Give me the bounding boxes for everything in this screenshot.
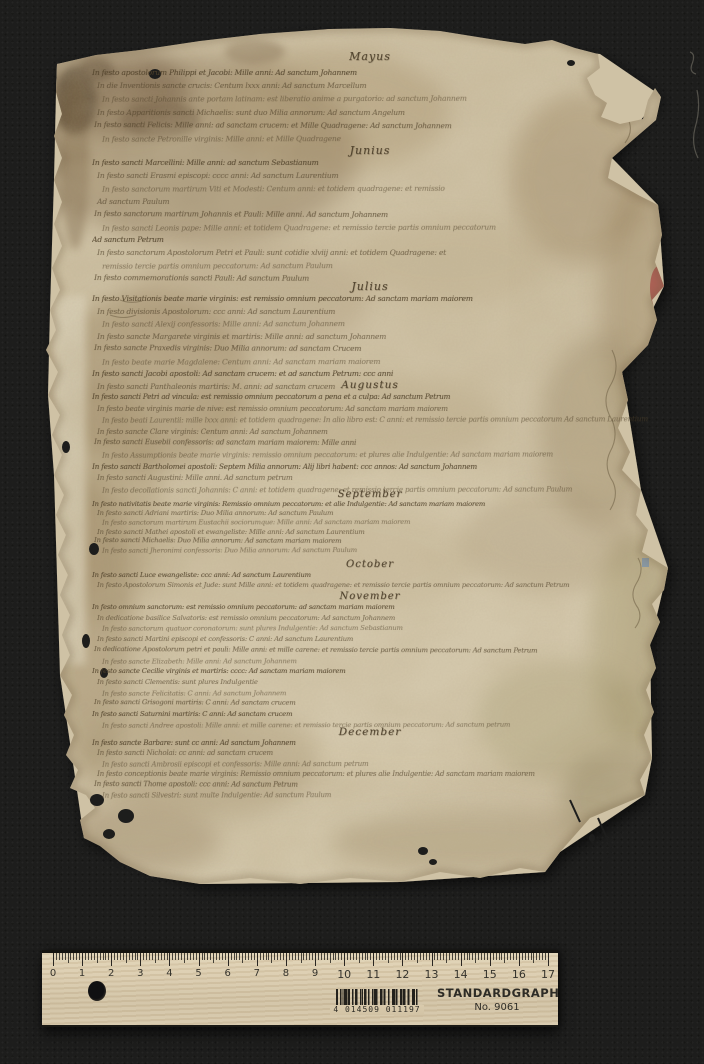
ruler-tick — [504, 953, 505, 963]
ruler-tick — [420, 953, 421, 960]
ruler-tick — [283, 953, 284, 960]
ruler-tick — [365, 953, 366, 960]
ruler-tick — [382, 953, 383, 960]
ruler-tick — [123, 953, 124, 960]
ruler-tick — [120, 953, 121, 960]
ruler-tick — [274, 953, 275, 960]
ruler-number: 5 — [195, 968, 201, 979]
ruler-tick — [129, 953, 130, 960]
ruler-tick — [292, 953, 293, 960]
ruler-tick — [335, 953, 336, 960]
ruler-tick — [82, 953, 83, 966]
ruler-number: 14 — [454, 968, 468, 981]
ruler-tick — [341, 953, 342, 960]
ruler-tick — [394, 953, 395, 960]
ruler-tick — [391, 953, 392, 960]
ruler-tick — [135, 953, 136, 960]
ruler-tick — [277, 953, 278, 960]
parchment-graphic — [0, 0, 704, 1064]
ruler-tick — [400, 953, 401, 960]
ruler-tick — [175, 953, 176, 960]
ruler-tick — [379, 953, 380, 960]
ruler-tick — [324, 953, 325, 960]
ruler-tick — [193, 953, 194, 960]
ruler-tick — [417, 953, 418, 963]
ruler-tick — [132, 953, 133, 960]
ruler-tick — [85, 953, 86, 960]
ruler-tick — [103, 953, 104, 960]
ruler-number: 3 — [137, 968, 143, 979]
ruler-tick — [522, 953, 523, 960]
ruler-tick — [452, 953, 453, 960]
ruler-tick — [347, 953, 348, 960]
ruler-tick — [426, 953, 427, 960]
ruler-tick — [338, 953, 339, 960]
ruler-tick — [533, 953, 534, 963]
ruler-tick — [478, 953, 479, 960]
ruler-tick — [356, 953, 357, 960]
ruler-tick — [213, 953, 214, 963]
ruler-tick — [437, 953, 438, 960]
ruler-tick — [298, 953, 299, 960]
ruler-tick — [239, 953, 240, 960]
ruler-tick — [472, 953, 473, 960]
blue-pigment-speck-2 — [631, 806, 637, 813]
ruler-tick — [501, 953, 502, 960]
ruler-tick — [510, 953, 511, 960]
ruler-tick — [245, 953, 246, 960]
ruler-tick — [513, 953, 514, 960]
ruler-tick — [455, 953, 456, 960]
ruler-tick — [146, 953, 147, 960]
ruler-tick — [411, 953, 412, 960]
stray-marks — [690, 52, 699, 158]
ruler-tick — [516, 953, 517, 960]
ruler-tick — [155, 953, 156, 963]
ruler-tick — [172, 953, 173, 960]
ruler-tick — [408, 953, 409, 960]
ruler-tick — [327, 953, 328, 960]
ruler-tick — [432, 953, 433, 966]
ruler-tick — [493, 953, 494, 960]
ruler-tick — [108, 953, 109, 960]
ruler-tick — [446, 953, 447, 963]
ruler-tick — [469, 953, 470, 960]
ruler-tick — [286, 953, 287, 966]
ruler-tick — [114, 953, 115, 960]
ruler-tick — [199, 953, 200, 966]
ruler-tick — [440, 953, 441, 960]
ruler-tick — [62, 953, 63, 960]
ruler-tick — [140, 953, 141, 966]
ruler-tick — [388, 953, 389, 963]
ruler-tick — [126, 953, 127, 963]
ruler-tick — [76, 953, 77, 960]
ruler-tick — [196, 953, 197, 960]
ruler-tick — [507, 953, 508, 960]
ruler-number: 0 — [50, 968, 56, 979]
ruler-tick — [461, 953, 462, 966]
ruler-number: 11 — [366, 968, 380, 981]
ruler-tick — [228, 953, 229, 966]
ruler-tick — [373, 953, 374, 966]
ruler-tick — [467, 953, 468, 960]
page-surface — [40, 20, 690, 900]
ruler-tick — [70, 953, 71, 960]
ruler-tick — [56, 953, 57, 960]
ruler-number: 16 — [512, 968, 526, 981]
ruler-tick — [397, 953, 398, 960]
ruler-number: 1 — [79, 968, 85, 979]
manuscript-photo: MayusIn festo apostolorum Philippi et Ja… — [0, 0, 704, 1064]
ruler-number: 8 — [283, 968, 289, 979]
ruler-tick — [59, 953, 60, 960]
ruler-tick — [225, 953, 226, 960]
ruler-tick — [306, 953, 307, 960]
ruler-tick — [222, 953, 223, 960]
ruler-tick — [207, 953, 208, 960]
ruler-tick — [231, 953, 232, 960]
ruler-tick — [266, 953, 267, 960]
ruler-tick — [65, 953, 66, 960]
ruler-tick — [248, 953, 249, 960]
ruler-tick — [539, 953, 540, 960]
barcode-digits: 4 014509 011197 — [330, 1005, 424, 1015]
ruler-tick — [315, 953, 316, 966]
ruler-tick — [100, 953, 101, 960]
ruler-tick — [434, 953, 435, 960]
ruler-number: 6 — [225, 968, 231, 979]
ruler-tick — [443, 953, 444, 960]
ruler-tick — [385, 953, 386, 960]
ruler-tick — [184, 953, 185, 963]
ruler-tick — [367, 953, 368, 960]
ruler-tick — [350, 953, 351, 960]
ruler-tick — [251, 953, 252, 960]
ruler-tick — [242, 953, 243, 963]
ruler-tick — [68, 953, 69, 963]
ruler-tick — [117, 953, 118, 960]
ruler-tick — [312, 953, 313, 960]
ruler-tick — [344, 953, 345, 966]
ruler-tick — [167, 953, 168, 960]
ruler-number: 12 — [395, 968, 409, 981]
ruler-tick — [303, 953, 304, 960]
ruler-tick — [202, 953, 203, 960]
ruler-tick — [481, 953, 482, 960]
ruler-tick — [475, 953, 476, 963]
ruler-number: 4 — [166, 968, 172, 979]
ruler-tick — [137, 953, 138, 960]
ruler-tick — [464, 953, 465, 960]
ruler-tick — [152, 953, 153, 960]
ruler-tick — [257, 953, 258, 966]
ruler-hanging-hole — [88, 981, 106, 1001]
ruler-tick — [333, 953, 334, 960]
ruler-tick — [234, 953, 235, 960]
ruler-tick — [414, 953, 415, 960]
ruler-tick — [158, 953, 159, 960]
ruler-tick — [487, 953, 488, 960]
ruler-tick — [53, 953, 54, 966]
ruler-tick — [236, 953, 237, 960]
ruler-number: 9 — [312, 968, 318, 979]
ruler-tick — [490, 953, 491, 966]
ruler-tick — [423, 953, 424, 960]
ruler-number: 17 — [541, 968, 555, 981]
ruler-tick — [268, 953, 269, 960]
ruler-tick — [178, 953, 179, 960]
ruler-tick — [295, 953, 296, 960]
ruler-tick — [519, 953, 520, 966]
ruler-tick — [362, 953, 363, 960]
ruler-brand-name: STANDARDGRAPH — [437, 986, 557, 1000]
ruler-tick — [73, 953, 74, 960]
ruler-tick — [528, 953, 529, 960]
ruler-tick — [204, 953, 205, 960]
ruler-tick — [309, 953, 310, 960]
ruler-tick — [531, 953, 532, 960]
ruler-tick — [216, 953, 217, 960]
ruler-tick — [263, 953, 264, 960]
ruler-tick — [330, 953, 331, 963]
ruler-tick — [79, 953, 80, 960]
ruler-number: 13 — [425, 968, 439, 981]
ruler-tick — [94, 953, 95, 960]
ruler-tick — [353, 953, 354, 960]
ruler-tick — [143, 953, 144, 960]
ruler-tick — [496, 953, 497, 960]
ruler-tick — [111, 953, 112, 966]
ruler-tick — [458, 953, 459, 960]
ruler-tick — [289, 953, 290, 960]
ruler-tick — [105, 953, 106, 960]
ruler-tick — [97, 953, 98, 963]
ruler-tick — [181, 953, 182, 960]
blue-pigment-speck — [642, 558, 649, 567]
ruler-tick — [318, 953, 319, 960]
ruler-number: 10 — [337, 968, 351, 981]
ruler-number: 7 — [254, 968, 260, 979]
ruler-tick — [169, 953, 170, 966]
ruler-brand-block: STANDARDGRAPH No. 9061 — [437, 986, 557, 1013]
ruler-tick — [149, 953, 150, 960]
ruler-model-number: No. 9061 — [437, 1002, 557, 1013]
ruler-tick — [405, 953, 406, 960]
ruler-number: 15 — [483, 968, 497, 981]
ruler-tick — [499, 953, 500, 960]
ruler-tick — [376, 953, 377, 960]
ruler-tick — [301, 953, 302, 963]
ruler-tick — [187, 953, 188, 960]
ruler-tick — [210, 953, 211, 960]
ruler-tick — [321, 953, 322, 960]
ruler-tick — [254, 953, 255, 960]
ruler-number: 2 — [108, 968, 114, 979]
ruler-tick — [260, 953, 261, 960]
ruler: 01234567891011121314151617 4 014509 0111… — [42, 950, 558, 1027]
ruler-tick — [219, 953, 220, 960]
ruler-tick — [449, 953, 450, 960]
ruler-tick — [545, 953, 546, 960]
ruler-tick — [91, 953, 92, 960]
ruler-tick — [161, 953, 162, 960]
ruler-tick — [402, 953, 403, 966]
ruler-tick — [548, 953, 549, 966]
ruler-tick — [359, 953, 360, 963]
ruler-tick — [536, 953, 537, 960]
ruler-tick — [370, 953, 371, 960]
ruler-tick — [429, 953, 430, 960]
ruler-tick — [164, 953, 165, 960]
ruler-tick — [280, 953, 281, 960]
ruler-tick — [271, 953, 272, 963]
ruler-barcode: 4 014509 011197 — [330, 989, 424, 1015]
ruler-tick — [542, 953, 543, 960]
ruler-tick — [484, 953, 485, 960]
ruler-tick — [525, 953, 526, 960]
ruler-tick — [190, 953, 191, 960]
ruler-tick — [88, 953, 89, 960]
